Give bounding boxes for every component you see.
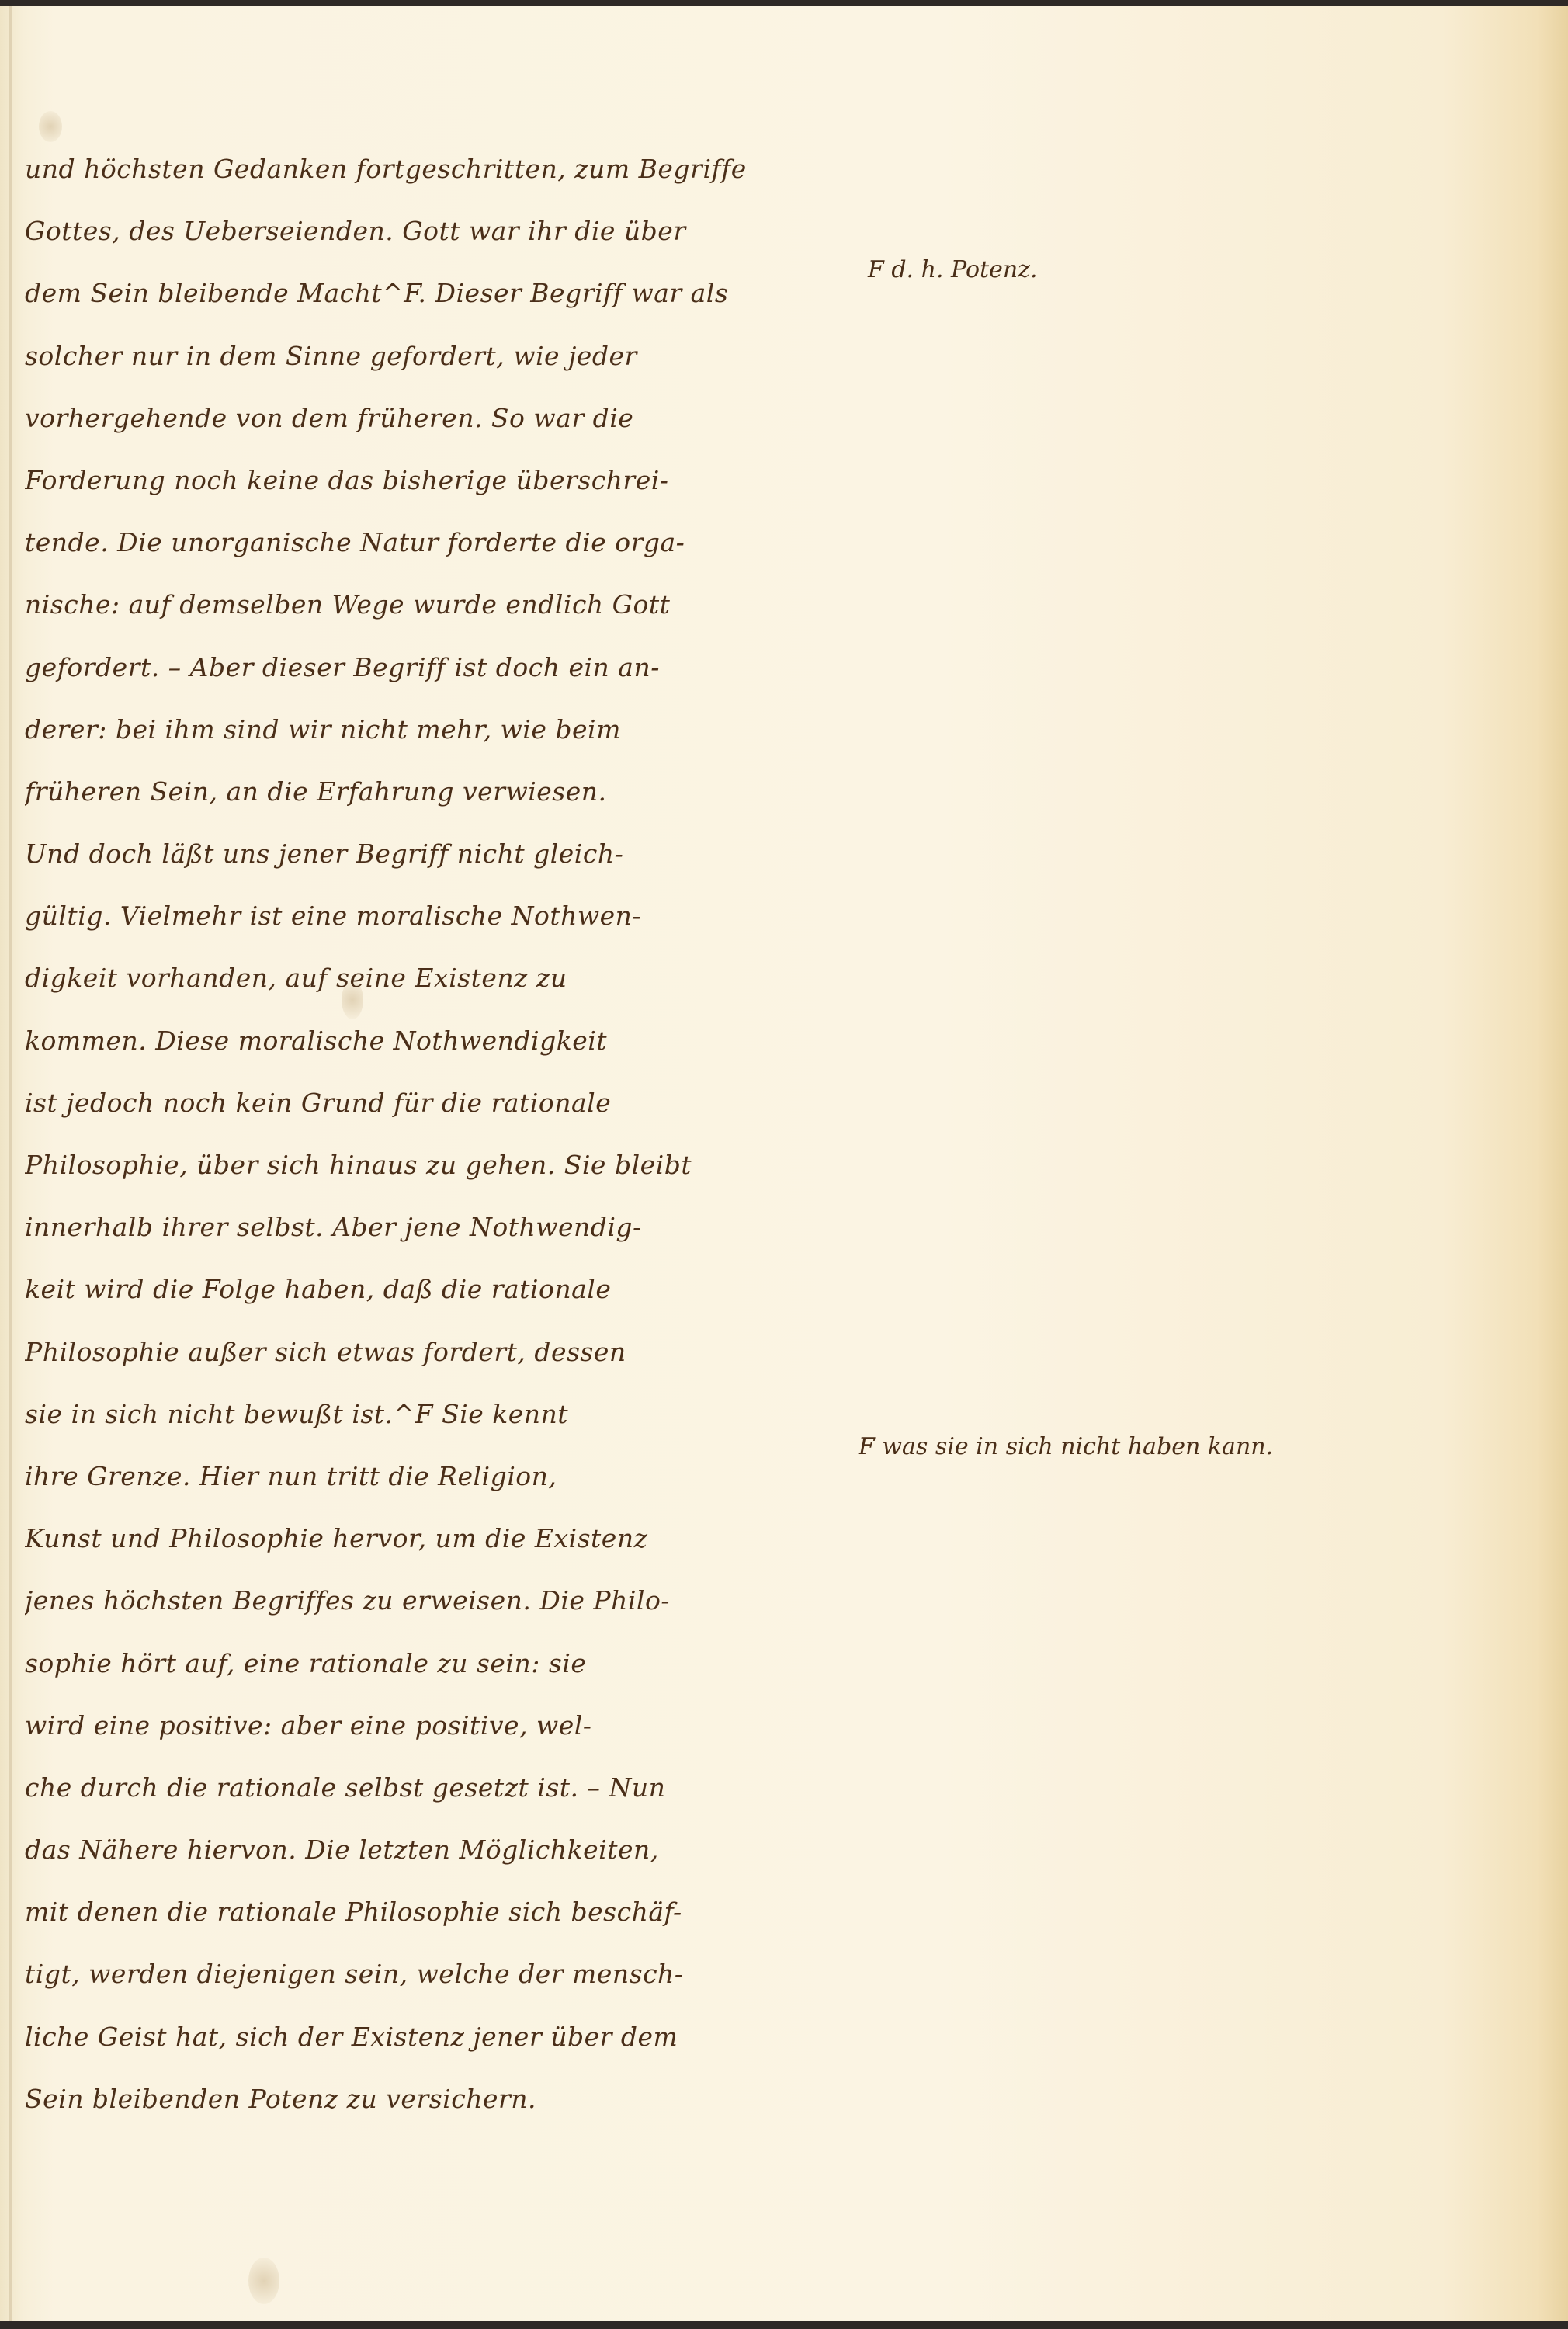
text-line: ist jedoch noch kein Grund für die ratio…: [25, 1072, 848, 1134]
paper-stain: [248, 2258, 279, 2304]
text-line: che durch die rationale selbst gesetzt i…: [25, 1757, 848, 1819]
text-line: das Nähere hiervon. Die letzten Möglichk…: [25, 1819, 848, 1881]
text-line: früheren Sein, an die Erfahrung verwiese…: [25, 761, 848, 823]
text-line: Sein bleibenden Potenz zu versichern.: [25, 2068, 848, 2130]
text-line: innerhalb ihrer selbst. Aber jene Nothwe…: [25, 1196, 848, 1258]
text-line: gefordert. – Aber dieser Begriff ist doc…: [25, 637, 848, 699]
ink-stain: [39, 111, 62, 142]
text-line: Forderung noch keine das bisherige übers…: [25, 449, 848, 512]
text-line: derer: bei ihm sind wir nicht mehr, wie …: [25, 699, 848, 761]
text-line: gültig. Vielmehr ist eine moralische Not…: [25, 885, 848, 947]
text-line: sophie hört auf, eine rationale zu sein:…: [25, 1633, 848, 1695]
manuscript-page: und höchsten Gedanken fortgeschritten, z…: [0, 0, 1568, 2329]
text-line: Kunst und Philosophie hervor, um die Exi…: [25, 1508, 848, 1570]
text-line: vorhergehende von dem früheren. So war d…: [25, 387, 848, 449]
text-line: wird eine positive: aber eine positive, …: [25, 1695, 848, 1757]
text-line: Und doch läßt uns jener Begriff nicht gl…: [25, 823, 848, 885]
margin-note-haben-kann: F was sie in sich nicht haben kann.: [859, 1433, 1273, 1460]
text-line: dem Sein bleibende Macht^F. Dieser Begri…: [25, 262, 848, 325]
text-line: sie in sich nicht bewußt ist.^F Sie kenn…: [25, 1383, 848, 1446]
text-line: kommen. Diese moralische Nothwendigkeit: [25, 1010, 848, 1072]
text-line: solcher nur in dem Sinne gefordert, wie …: [25, 325, 848, 387]
text-line: nische: auf demselben Wege wurde endlich…: [25, 574, 848, 636]
text-line: mit denen die rationale Philosophie sich…: [25, 1881, 848, 1943]
text-line: Philosophie außer sich etwas fordert, de…: [25, 1321, 848, 1383]
text-line: und höchsten Gedanken fortgeschritten, z…: [25, 138, 848, 200]
text-line: digkeit vorhanden, auf seine Existenz zu: [25, 947, 848, 1009]
text-line: ihre Grenze. Hier nun tritt die Religion…: [25, 1446, 848, 1508]
text-line: tigt, werden diejenigen sein, welche der…: [25, 1943, 848, 2005]
text-line: keit wird die Folge haben, daß die ratio…: [25, 1258, 848, 1321]
margin-note-potenz: F d. h. Potenz.: [868, 256, 1038, 283]
text-line: liche Geist hat, sich der Existenz jener…: [25, 2006, 848, 2068]
main-text-column: und höchsten Gedanken fortgeschritten, z…: [25, 138, 848, 2130]
text-line: Gottes, des Ueberseienden. Gott war ihr …: [25, 200, 848, 262]
text-line: Philosophie, über sich hinaus zu gehen. …: [25, 1134, 848, 1196]
text-line: tende. Die unorganische Natur forderte d…: [25, 512, 848, 574]
text-line: jenes höchsten Begriffes zu erweisen. Di…: [25, 1570, 848, 1632]
